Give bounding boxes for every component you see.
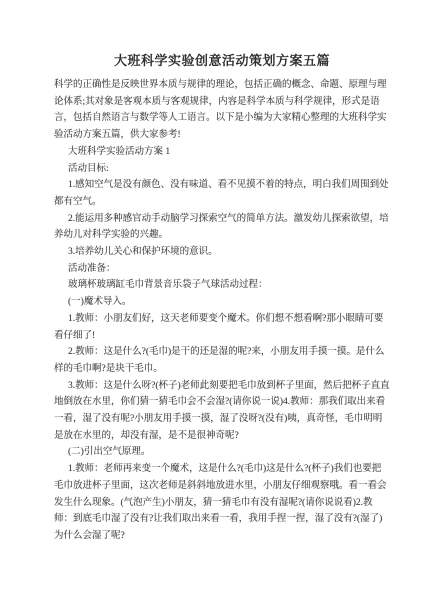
document-page: 大班科学实验创意活动策划方案五篇 科学的正确性是反映世界本质与规律的理论，包括正… bbox=[0, 0, 424, 600]
paragraph: 大班科学实验活动方案 1 bbox=[54, 144, 390, 161]
paragraph: 3.教师：这是什么呀?(杯子)老师此刻要把毛巾放到杯子里面，然后把杯子直直地倒放… bbox=[54, 378, 390, 445]
paragraph: 玻璃杯玻璃缸毛巾背景音乐袋子气球活动过程： bbox=[54, 277, 390, 294]
paragraph: 1.感知空气是没有颜色、没有味道、看不见摸不着的特点，明白我们周围到处都有空气。 bbox=[54, 177, 390, 210]
paragraph: 科学的正确性是反映世界本质与规律的理论，包括正确的概念、命题、原理与理论体系;其… bbox=[54, 77, 390, 144]
paragraph: 1.教师：老师再来变一个魔术，这是什么?(毛巾)这是什么?(杯子)我们也要把毛巾… bbox=[54, 461, 390, 545]
paragraph: 3.培养幼儿关心和保护环境的意识。 bbox=[54, 244, 390, 261]
paragraph: 1.教师：小朋友们好，这天老师要变个魔术。你们想不想看啊?那小眼睛可要看仔细了! bbox=[54, 311, 390, 344]
paragraph: (二)引出空气原理。 bbox=[54, 444, 390, 461]
document-body: 科学的正确性是反映世界本质与规律的理论，包括正确的概念、命题、原理与理论体系;其… bbox=[54, 77, 390, 545]
document-title: 大班科学实验创意活动策划方案五篇 bbox=[54, 52, 390, 69]
paragraph: 2.教师：这是什么?(毛巾)是干的还是湿的呢?来，小朋友用手摸一摸。是什么样的毛… bbox=[54, 344, 390, 377]
paragraph: 2.能运用多种感官动手动脑学习探索空气的简单方法。激发幼儿探索欲望，培养幼儿对科… bbox=[54, 211, 390, 244]
paragraph: 活动准备： bbox=[54, 261, 390, 278]
paragraph: 活动目标: bbox=[54, 161, 390, 178]
paragraph: (一)魔术导入。 bbox=[54, 294, 390, 311]
